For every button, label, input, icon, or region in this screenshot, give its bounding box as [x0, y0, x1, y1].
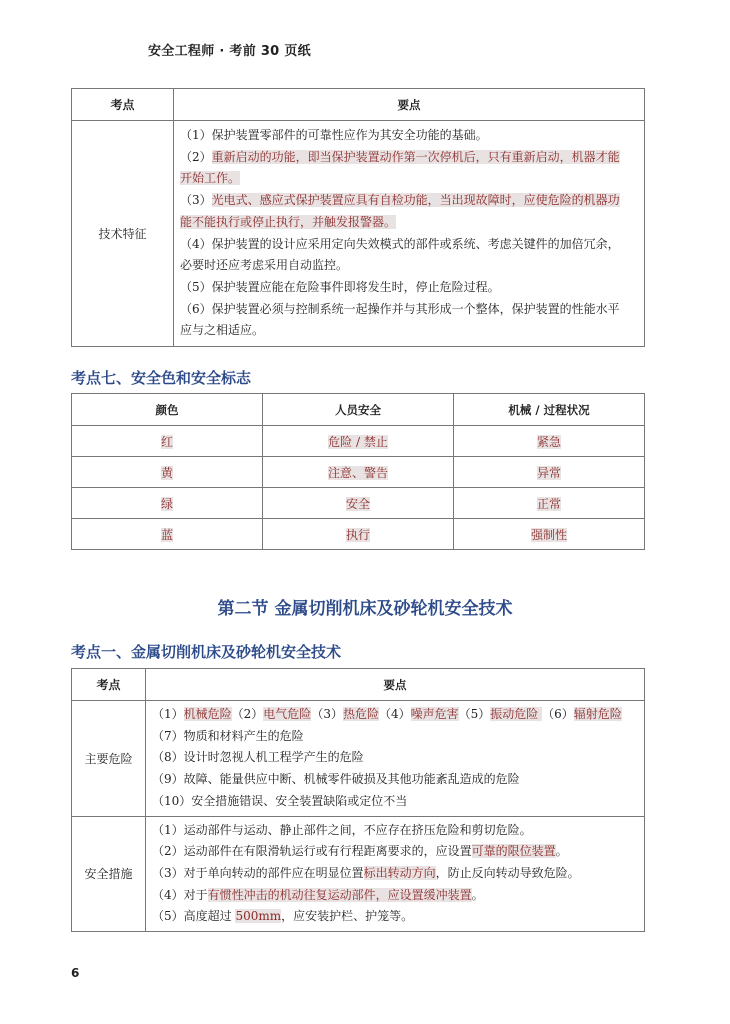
text-segment: （4）对于	[152, 888, 208, 902]
text-segment: （3）	[311, 707, 343, 721]
highlighted-text: 振动危险	[490, 707, 542, 721]
cell-personnel: 执行	[263, 519, 454, 550]
column-header-machine-status: 机械 / 过程状况	[454, 394, 645, 426]
key-points-list: （1）保护装置零部件的可靠性应作为其安全功能的基础。（2）重新启动的功能，即当保…	[180, 125, 638, 342]
cell-machine: 正常	[454, 488, 645, 519]
list-item: （3）对于单向转动的部件应在明显位置标出转动方向，防止反向转动导致危险。	[152, 863, 638, 885]
cell-machine: 强制性	[454, 519, 645, 550]
protective-device-table: 考点 要点 技术特征 （1）保护装置零部件的可靠性应作为其安全功能的基础。（2）…	[71, 88, 645, 347]
list-item: （5）高度超过 500mm，应安装护栏、护笼等。	[152, 906, 638, 928]
text-segment: （1）运动部件与运动、静止部件之间，不应存在挤压危险和剪切危险。	[152, 823, 532, 837]
cell-personnel: 安全	[263, 488, 454, 519]
text-segment: 应与之相适应。	[180, 323, 264, 337]
text-segment: 。	[556, 844, 568, 858]
section-title-safety-colors: 考点七、安全色和安全标志	[71, 367, 251, 388]
key-points-list: （1）机械危险（2）电气危险（3）热危险（4）噪声危害（5）振动危险 （6）辐射…	[152, 704, 638, 813]
table-row: 红 危险 / 禁止 紧急	[72, 426, 645, 457]
list-item: （2）运动部件在有限滑轨运行或有行程距离要求的，应设置可靠的限位装置。	[152, 841, 638, 863]
text-segment: （4）	[379, 707, 411, 721]
table-header-row: 考点 要点	[72, 669, 645, 701]
list-item: 必要时还应考虑采用自动监控。	[180, 255, 638, 277]
highlighted-text: 开始工作。	[180, 171, 240, 185]
row-label-main-hazards: 主要危险	[72, 701, 146, 817]
safety-color-table: 颜色 人员安全 机械 / 过程状况 红 危险 / 禁止 紧急 黄 注意、警告 异…	[71, 393, 645, 550]
column-header-exam-point: 考点	[72, 669, 146, 701]
highlighted-text: 500mm	[235, 909, 281, 923]
column-header-personnel-safety: 人员安全	[263, 394, 454, 426]
table-row: 安全措施 （1）运动部件与运动、静止部件之间，不应存在挤压危险和剪切危险。（2）…	[72, 816, 645, 932]
key-points-cell: （1）机械危险（2）电气危险（3）热危险（4）噪声危害（5）振动危险 （6）辐射…	[146, 701, 645, 817]
cell-color: 黄	[72, 457, 263, 488]
list-item: （1）保护装置零部件的可靠性应作为其安全功能的基础。	[180, 125, 638, 147]
table-header-row: 颜色 人员安全 机械 / 过程状况	[72, 394, 645, 426]
text-segment: （6）保护装置必须与控制系统一起操作并与其形成一个整体，保护装置的性能水平	[180, 302, 620, 316]
text-segment: （8）设计时忽视人机工程学产生的危险	[152, 750, 364, 764]
cell-personnel: 注意、警告	[263, 457, 454, 488]
list-item: （2）重新启动的功能，即当保护装置动作第一次停机后，只有重新启动，机器才能	[180, 147, 638, 169]
text-segment: （3）对于单向转动的部件应在明显位置	[152, 866, 364, 880]
cell-color: 蓝	[72, 519, 263, 550]
list-item: （10）安全措施错误、安全装置缺陷或定位不当	[152, 791, 638, 813]
list-item: 应与之相适应。	[180, 320, 638, 342]
column-header-key-points: 要点	[146, 669, 645, 701]
table-row: 绿 安全 正常	[72, 488, 645, 519]
page-number: 6	[71, 966, 79, 980]
text-segment: （2）运动部件在有限滑轨运行或有行程距离要求的，应设置	[152, 844, 472, 858]
text-segment: ，防止反向转动导致危险。	[436, 866, 580, 880]
list-item: 开始工作。	[180, 168, 638, 190]
cell-color: 绿	[72, 488, 263, 519]
cell-machine: 紧急	[454, 426, 645, 457]
text-segment: （10）安全措施错误、安全装置缺陷或定位不当	[152, 794, 407, 808]
list-item: （8）设计时忽视人机工程学产生的危险	[152, 747, 638, 769]
table-row: 技术特征 （1）保护装置零部件的可靠性应作为其安全功能的基础。（2）重新启动的功…	[72, 121, 645, 347]
text-segment: （7）物质和材料产生的危险	[152, 729, 304, 743]
section-title-metal-cutting: 考点一、金属切削机床及砂轮机安全技术	[71, 641, 341, 662]
page-header-title: 安全工程师 · 考前 30 页纸	[148, 40, 311, 59]
list-item: （3）光电式、感应式保护装置应具有自检功能，当出现故障时，应使危险的机器功	[180, 190, 638, 212]
cell-personnel: 危险 / 禁止	[263, 426, 454, 457]
text-segment: （4）保护装置的设计应采用定向失效模式的部件或系统、考虑关键件的加倍冗余，	[180, 237, 620, 251]
highlighted-text: 电气危险	[263, 707, 311, 721]
column-header-color: 颜色	[72, 394, 263, 426]
chapter-title: 第二节 金属切削机床及砂轮机安全技术	[0, 594, 730, 619]
highlighted-text: 热危险	[343, 707, 379, 721]
list-item: （1）运动部件与运动、静止部件之间，不应存在挤压危险和剪切危险。	[152, 820, 638, 842]
list-item: （4）对于有惯性冲击的机动往复运动部件，应设置缓冲装置。	[152, 885, 638, 907]
highlighted-text: 标出转动方向	[364, 866, 436, 880]
highlighted-text: 可靠的限位装置	[472, 844, 556, 858]
highlighted-text: 辐射危险	[574, 707, 622, 721]
column-header-exam-point: 考点	[72, 89, 174, 121]
text-segment: （9）故障、能量供应中断、机械零件破损及其他功能紊乱造成的危险	[152, 772, 520, 786]
text-segment: （2）	[232, 707, 264, 721]
highlighted-text: 能不能执行或停止执行，并触发报警器。	[180, 215, 396, 229]
cell-color: 红	[72, 426, 263, 457]
text-segment: 。	[472, 888, 484, 902]
text-segment: ，应安装护栏、护笼等。	[281, 909, 413, 923]
table-row: 黄 注意、警告 异常	[72, 457, 645, 488]
highlighted-text: 噪声危害	[411, 707, 459, 721]
text-segment: （5）保护装置应能在危险事件即将发生时，停止危险过程。	[180, 280, 500, 294]
highlighted-text: 机械危险	[184, 707, 232, 721]
text-segment: （6）	[542, 707, 574, 721]
highlighted-text: 重新启动的功能，即当保护装置动作第一次停机后，只有重新启动，机器才能	[212, 150, 620, 164]
text-segment: （3）	[180, 193, 212, 207]
list-item: （4）保护装置的设计应采用定向失效模式的部件或系统、考虑关键件的加倍冗余，	[180, 234, 638, 256]
key-points-list: （1）运动部件与运动、静止部件之间，不应存在挤压危险和剪切危险。（2）运动部件在…	[152, 820, 638, 929]
row-label: 技术特征	[72, 121, 174, 347]
list-item: （1）机械危险（2）电气危险（3）热危险（4）噪声危害（5）振动危险 （6）辐射…	[152, 704, 638, 726]
key-points-cell: （1）运动部件与运动、静止部件之间，不应存在挤压危险和剪切危险。（2）运动部件在…	[146, 816, 645, 932]
text-segment: （1）	[152, 707, 184, 721]
list-item: 能不能执行或停止执行，并触发报警器。	[180, 212, 638, 234]
text-segment: 必要时还应考虑采用自动监控。	[180, 258, 348, 272]
row-label-safety-measures: 安全措施	[72, 816, 146, 932]
list-item: （7）物质和材料产生的危险	[152, 726, 638, 748]
table-header-row: 考点 要点	[72, 89, 645, 121]
table-row: 蓝 执行 强制性	[72, 519, 645, 550]
highlighted-text: 光电式、感应式保护装置应具有自检功能，当出现故障时，应使危险的机器功	[212, 193, 620, 207]
text-segment: （2）	[180, 150, 212, 164]
metal-cutting-table: 考点 要点 主要危险 （1）机械危险（2）电气危险（3）热危险（4）噪声危害（5…	[71, 668, 645, 932]
highlighted-text: 有惯性冲击的机动往复运动部件，应设置缓冲装置	[208, 888, 472, 902]
list-item: （9）故障、能量供应中断、机械零件破损及其他功能紊乱造成的危险	[152, 769, 638, 791]
list-item: （6）保护装置必须与控制系统一起操作并与其形成一个整体，保护装置的性能水平	[180, 299, 638, 321]
text-segment: （1）保护装置零部件的可靠性应作为其安全功能的基础。	[180, 128, 488, 142]
text-segment: （5）高度超过	[152, 909, 235, 923]
list-item: （5）保护装置应能在危险事件即将发生时，停止危险过程。	[180, 277, 638, 299]
text-segment: （5）	[459, 707, 491, 721]
column-header-key-points: 要点	[174, 89, 645, 121]
key-points-cell: （1）保护装置零部件的可靠性应作为其安全功能的基础。（2）重新启动的功能，即当保…	[174, 121, 645, 347]
table-row: 主要危险 （1）机械危险（2）电气危险（3）热危险（4）噪声危害（5）振动危险 …	[72, 701, 645, 817]
cell-machine: 异常	[454, 457, 645, 488]
